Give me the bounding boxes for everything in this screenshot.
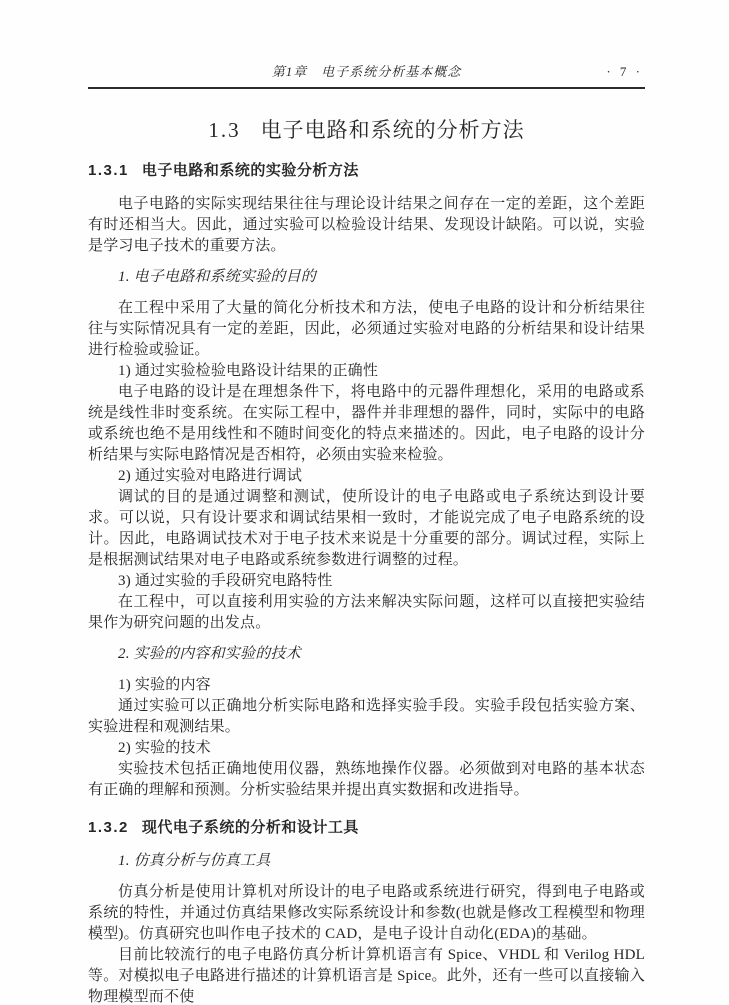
- paragraph: 调试的目的是通过调整和测试，使所设计的电子电路或电子系统达到设计要求。可以说，只…: [88, 487, 645, 571]
- heading-1-3-2: 1.3.2现代电子系统的分析和设计工具: [88, 818, 645, 838]
- heading-1-3-1: 1.3.1电子电路和系统的实验分析方法: [88, 161, 645, 181]
- running-header: 第1章 电子系统分析基本概念 · 7 ·: [88, 62, 645, 82]
- running-chapter-title: 第1章 电子系统分析基本概念: [88, 62, 645, 82]
- paragraph: 目前比较流行的电子电路仿真分析计算机语言有 Spice、VHDL 和 Veril…: [88, 945, 645, 1005]
- paragraph: 电子电路的设计是在理想条件下，将电路中的元器件理想化，采用的电路或系统是线性非时…: [88, 382, 645, 466]
- numbered-subheading: 1. 仿真分析与仿真工具: [88, 851, 645, 872]
- list-item-heading: 1) 通过实验检验电路设计结果的正确性: [88, 361, 645, 382]
- section-title-text: 电子电路和系统的分析方法: [261, 118, 525, 142]
- page-number: · 7 ·: [606, 62, 643, 82]
- paragraph: 在工程中采用了大量的简化分析技术和方法，使电子电路的设计和分析结果往往与实际情况…: [88, 298, 645, 361]
- list-item-heading: 2) 实验的技术: [88, 738, 645, 759]
- book-page: 第1章 电子系统分析基本概念 · 7 · 1.3电子电路和系统的分析方法 1.3…: [0, 0, 729, 1005]
- section-title: 1.3电子电路和系统的分析方法: [88, 116, 645, 144]
- list-item-heading: 2) 通过实验对电路进行调试: [88, 466, 645, 487]
- header-rule: [88, 87, 645, 89]
- section-title-number: 1.3: [208, 118, 240, 142]
- numbered-subheading: 2. 实验的内容和实验的技术: [88, 644, 645, 665]
- paragraph: 电子电路的实际实现结果往往与理论设计结果之间存在一定的差距，这个差距有时还相当大…: [88, 194, 645, 257]
- paragraph: 实验技术包括正确地使用仪器，熟练地操作仪器。必须做到对电路的基本状态有正确的理解…: [88, 759, 645, 801]
- list-item-heading: 1) 实验的内容: [88, 675, 645, 696]
- paragraph: 在工程中，可以直接利用实验的方法来解决实际问题，这样可以直接把实验结果作为研究问…: [88, 592, 645, 634]
- numbered-subheading: 1. 电子电路和系统实验的目的: [88, 267, 645, 288]
- heading-1-3-1-text: 电子电路和系统的实验分析方法: [142, 162, 359, 179]
- paragraph: 通过实验可以正确地分析实际电路和选择实验手段。实验手段包括实验方案、实验进程和观…: [88, 696, 645, 738]
- heading-1-3-2-text: 现代电子系统的分析和设计工具: [142, 819, 359, 836]
- paragraph: 仿真分析是使用计算机对所设计的电子电路或系统进行研究，得到电子电路或系统的特性，…: [88, 882, 645, 945]
- list-item-heading: 3) 通过实验的手段研究电路特性: [88, 571, 645, 592]
- heading-1-3-2-number: 1.3.2: [88, 819, 129, 836]
- heading-1-3-1-number: 1.3.1: [88, 162, 129, 179]
- page-content: 第1章 电子系统分析基本概念 · 7 · 1.3电子电路和系统的分析方法 1.3…: [88, 0, 645, 1005]
